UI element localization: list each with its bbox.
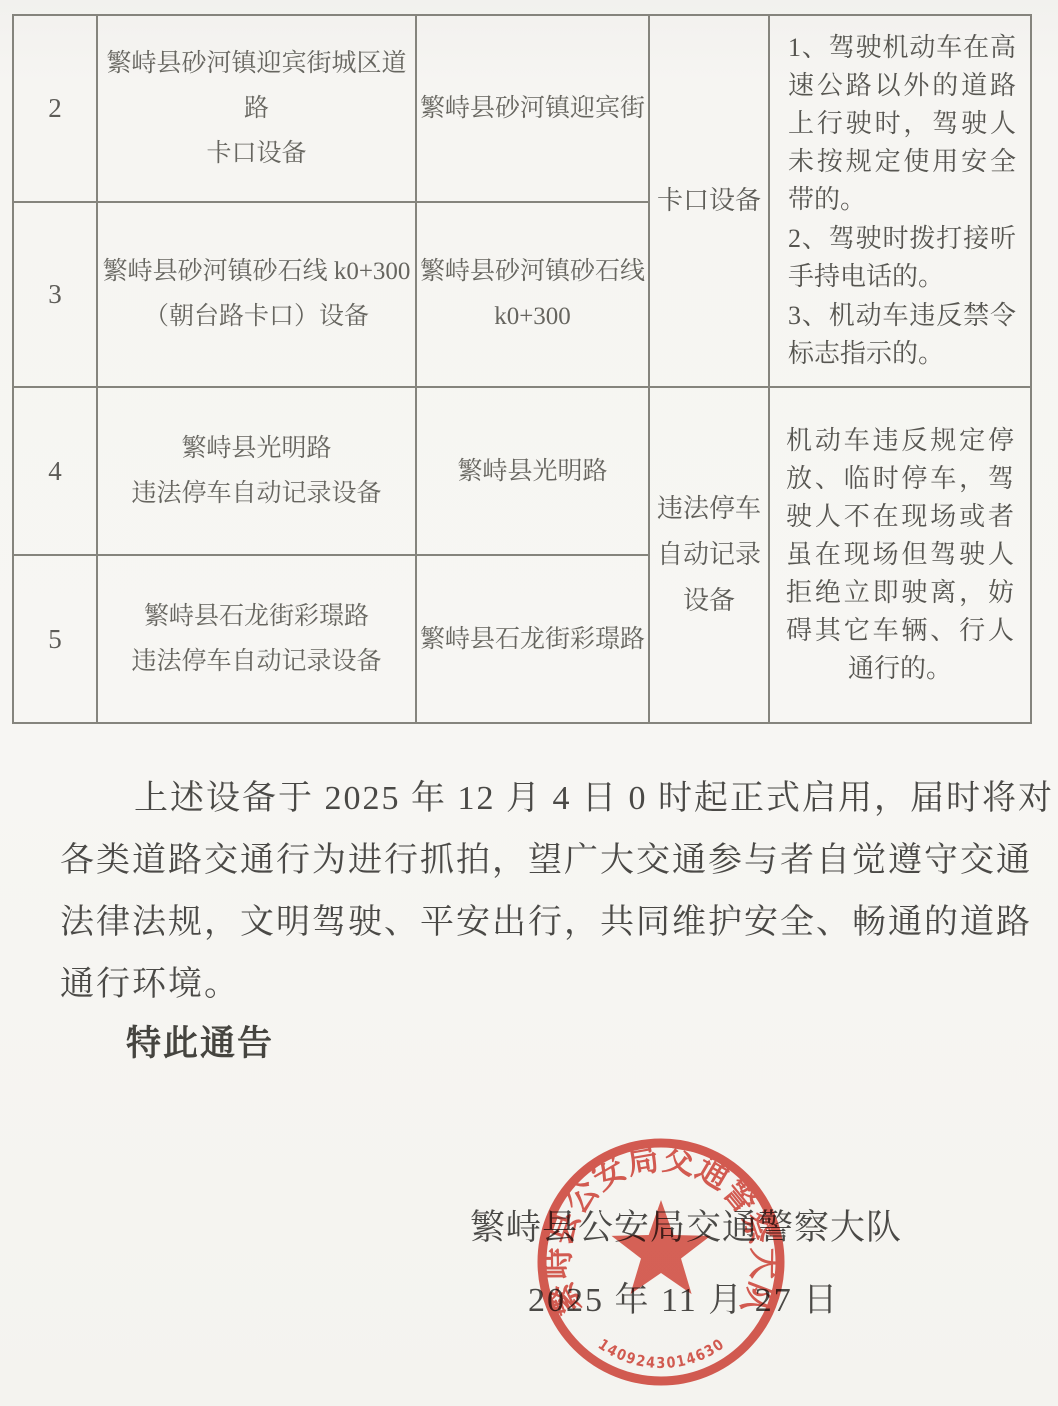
cell-device-3: 繁峙县砂河镇砂石线 k0+300 （朝台路卡口）设备: [97, 202, 416, 387]
notice-paragraph: 上述设备于 2025 年 12 月 4 日 0 时起正式启用，届时将对 各类道路…: [60, 768, 1005, 1016]
violation-item-3: 3、机动车违反禁令标志指示的。: [788, 297, 1016, 373]
official-seal-stamp: 繁峙县公安局交通警察大队 1409243014630: [511, 1112, 811, 1406]
cell-device-5: 繁峙县石龙街彩璟路 违法停车自动记录设备: [97, 555, 416, 723]
cell-type-parking: 违法停车 自动记录 设备: [649, 387, 769, 723]
violation-item-1: 1、驾驶机动车在高速公路以外的道路上行驶时，驾驶人未按规定使用安全带的。: [788, 29, 1016, 219]
cell-violations-checkpoint: 1、驾驶机动车在高速公路以外的道路上行驶时，驾驶人未按规定使用安全带的。 2、驾…: [769, 15, 1031, 387]
cell-seq-4: 4: [13, 387, 97, 555]
violation-item-2: 2、驾驶时拨打接听手持电话的。: [788, 220, 1016, 296]
cell-device-4: 繁峙县光明路 违法停车自动记录设备: [97, 387, 416, 555]
cell-seq-5: 5: [13, 555, 97, 723]
seal-star-icon: [612, 1200, 711, 1294]
cell-location-4: 繁峙县光明路: [416, 387, 649, 555]
paragraph-line: 上述设备于 2025 年 12 月 4 日 0 时起正式启用，届时将对: [60, 768, 1005, 830]
cell-location-2: 繁峙县砂河镇迎宾街: [416, 15, 649, 202]
cell-seq-2: 2: [13, 15, 97, 202]
paragraph-line: 各类道路交通行为进行抓拍，望广大交通参与者自觉遵守交通: [60, 830, 1005, 892]
paragraph-line: 法律法规，文明驾驶、平安出行，共同维护安全、畅通的道路: [60, 892, 1005, 954]
table-row: 2 繁峙县砂河镇迎宾街城区道路 卡口设备 繁峙县砂河镇迎宾街 卡口设备 1、驾驶…: [13, 15, 1031, 202]
paragraph-line: 通行环境。: [60, 954, 1005, 1016]
enforcement-equipment-table: 2 繁峙县砂河镇迎宾街城区道路 卡口设备 繁峙县砂河镇迎宾街 卡口设备 1、驾驶…: [12, 14, 1032, 724]
cell-seq-3: 3: [13, 202, 97, 387]
cell-device-2: 繁峙县砂河镇迎宾街城区道路 卡口设备: [97, 15, 416, 202]
table-row: 4 繁峙县光明路 违法停车自动记录设备 繁峙县光明路 违法停车 自动记录 设备 …: [13, 387, 1031, 555]
cell-location-5: 繁峙县石龙街彩璟路: [416, 555, 649, 723]
notice-closing: 特此通告: [126, 1016, 274, 1066]
scanned-notice-page: 2 繁峙县砂河镇迎宾街城区道路 卡口设备 繁峙县砂河镇迎宾街 卡口设备 1、驾驶…: [0, 0, 1058, 1406]
cell-violations-parking: 机动车违反规定停放、临时停车，驾驶人不在现场或者虽在现场但驾驶人拒绝立即驶离，妨…: [769, 387, 1031, 723]
cell-type-checkpoint: 卡口设备: [649, 15, 769, 387]
cell-location-3: 繁峙县砂河镇砂石线 k0+300: [416, 202, 649, 387]
